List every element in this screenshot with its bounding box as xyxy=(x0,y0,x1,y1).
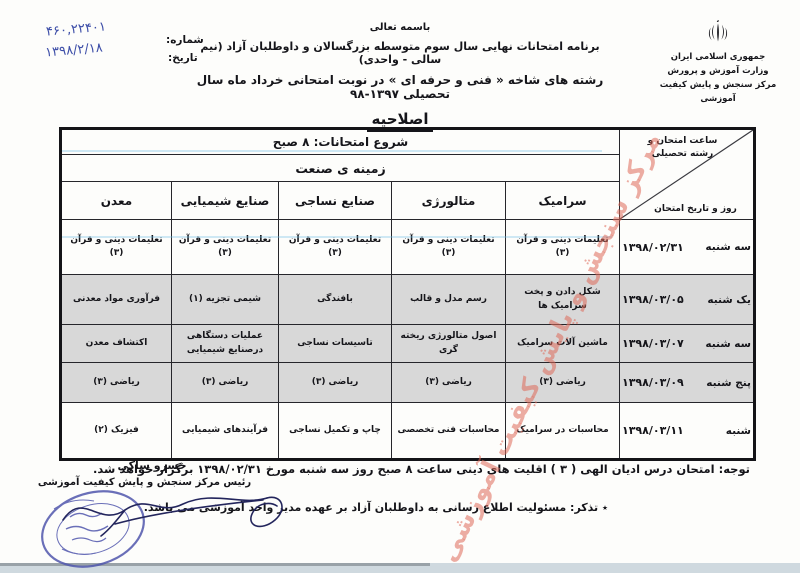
subject-cell: فیزیک (۲) xyxy=(61,403,172,460)
scanned-document-page: { "colors": { "ink_handwriting": "#3d4ea… xyxy=(0,0,800,573)
day-name: سه شنبه xyxy=(705,338,751,350)
org-ministry-line: وزارت آموزش و پرورش xyxy=(642,64,794,78)
document-header: باسمه تعالی برنامه امتحانات نهایی سال سو… xyxy=(185,22,615,132)
subject-cell: شکل دادن و پخت سرامیک ها xyxy=(506,275,620,325)
subject-cell: بافندگی xyxy=(279,275,392,325)
subject-cell: اکتشاف معدن xyxy=(61,325,172,363)
day-date-cell: پنج شنبه ۱۳۹۸/۰۳/۰۹ xyxy=(620,363,755,403)
exam-schedule: ساعت امتحان و رشته تحصیلی روز و تاریخ ام… xyxy=(59,127,756,461)
handwritten-number-value: ۴۶۰,۲۲۴۰۱ xyxy=(22,17,131,41)
subject-cell: ریاضی (۳) xyxy=(172,363,279,403)
table-row: یک شنبه ۱۳۹۸/۰۳/۰۵ شکل دادن و پخت سرامیک… xyxy=(61,275,755,325)
scan-artifact-line xyxy=(62,236,612,238)
column-header-ceramics: سرامیک xyxy=(506,182,620,220)
exam-date: ۱۳۹۸/۰۳/۰۹ xyxy=(622,376,684,389)
subject-cell: تعلیمات دینی و قرآن (۳) xyxy=(392,220,506,275)
scan-artifact-line xyxy=(62,150,602,152)
subject-cell: رسم مدل و قالب xyxy=(392,275,506,325)
org-country-line: جمهوری اسلامی ایران xyxy=(642,50,794,64)
column-header-chemical: صنایع شیمیایی xyxy=(172,182,279,220)
subject-cell: فرآیندهای شیمیایی xyxy=(172,403,279,460)
subject-cell: محاسبات فنی تخصصی xyxy=(392,403,506,460)
corner-top-line1: ساعت امتحان و xyxy=(648,136,718,146)
subject-cell: تعلیمات دینی و قرآن (۳) xyxy=(506,220,620,275)
subject-cell: محاسبات در سرامیک xyxy=(506,403,620,460)
table-row: سه شنبه ۱۳۹۸/۰۲/۳۱ تعلیمات دینی و قرآن (… xyxy=(61,220,755,275)
subject-cell: ریاضی (۳) xyxy=(392,363,506,403)
corner-header-cell: ساعت امتحان و رشته تحصیلی روز و تاریخ ام… xyxy=(620,129,755,220)
exam-date: ۱۳۹۸/۰۳/۱۱ xyxy=(622,424,684,437)
subject-cell: چاپ و تکمیل نساجی xyxy=(279,403,392,460)
subject-cell: تاسیسات نساجی xyxy=(279,325,392,363)
document-title-line1: برنامه امتحانات نهایی سال سوم متوسطه بزر… xyxy=(185,40,615,66)
column-header-textile: صنایع نساجی xyxy=(279,182,392,220)
day-name: پنج شنبه xyxy=(706,377,751,389)
subject-cell: تعلیمات دینی و قرآن (۳) xyxy=(61,220,172,275)
subject-cell: اصول متالورژی ریخته گری xyxy=(392,325,506,363)
column-header-mining: معدن xyxy=(61,182,172,220)
document-title-line2: رشته های شاخه « فنی و حرفه ای » در نوبت … xyxy=(185,73,615,101)
bismillah-line: باسمه تعالی xyxy=(185,22,615,33)
corner-bottom-label: روز و تاریخ امتحان xyxy=(646,204,745,214)
day-name: سه شنبه xyxy=(705,241,751,253)
table-row: پنج شنبه ۱۳۹۸/۰۳/۰۹ ریاضی (۳) ریاضی (۳) … xyxy=(61,363,755,403)
handwritten-date-value: ۱۳۹۸/۲/۱۸ xyxy=(22,38,127,62)
iran-emblem-icon xyxy=(706,16,730,46)
corner-top-label: ساعت امتحان و رشته تحصیلی xyxy=(626,135,739,161)
column-header-metallurgy: متالورژی xyxy=(392,182,506,220)
exam-date: ۱۳۹۸/۰۲/۳۱ xyxy=(622,241,684,254)
table-row: شنبه ۱۳۹۸/۰۳/۱۱ محاسبات در سرامیک محاسبا… xyxy=(61,403,755,460)
exam-date: ۱۳۹۸/۰۳/۰۷ xyxy=(622,337,684,350)
day-name: شنبه xyxy=(726,425,751,437)
subject-cell: ریاضی (۳) xyxy=(61,363,172,403)
field-header-cell: زمینه ی صنعت xyxy=(61,155,620,182)
handwritten-signature-icon xyxy=(55,476,290,554)
exam-schedule-table: ساعت امتحان و رشته تحصیلی روز و تاریخ ام… xyxy=(59,127,756,461)
day-date-cell: سه شنبه ۱۳۹۸/۰۲/۳۱ xyxy=(620,220,755,275)
subject-cell: شیمی تجزیه (۱) xyxy=(172,275,279,325)
day-date-cell: شنبه ۱۳۹۸/۰۳/۱۱ xyxy=(620,403,755,460)
day-date-cell: یک شنبه ۱۳۹۸/۰۳/۰۵ xyxy=(620,275,755,325)
organization-block: جمهوری اسلامی ایران وزارت آموزش و پرورش … xyxy=(642,16,794,106)
org-center-line: مرکز سنجش و پایش کیفیت آموزشی xyxy=(642,78,794,106)
exam-date: ۱۳۹۸/۰۳/۰۵ xyxy=(622,293,684,306)
subject-cell: ماشین آلات سرامیک xyxy=(506,325,620,363)
subject-cell: تعلیمات دینی و قرآن (۳) xyxy=(279,220,392,275)
subject-cell: ریاضی (۳) xyxy=(279,363,392,403)
corner-top-line2: رشته تحصیلی xyxy=(652,149,713,159)
subject-cell: تعلیمات دینی و قرآن (۳) xyxy=(172,220,279,275)
subject-cell: فرآوری مواد معدنی xyxy=(61,275,172,325)
subject-cell: عملیات دستگاهی درصنایع شیمیایی xyxy=(172,325,279,363)
day-date-cell: سه شنبه ۱۳۹۸/۰۳/۰۷ xyxy=(620,325,755,363)
table-row: سه شنبه ۱۳۹۸/۰۳/۰۷ ماشین آلات سرامیک اصو… xyxy=(61,325,755,363)
subject-cell: ریاضی (۳) xyxy=(506,363,620,403)
day-name: یک شنبه xyxy=(707,294,751,306)
